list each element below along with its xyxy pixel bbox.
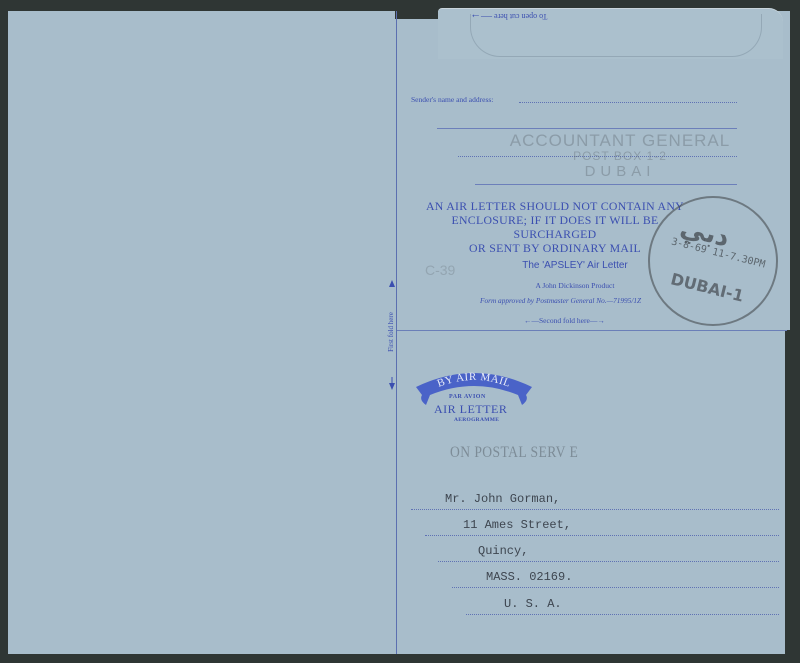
sender-label: Sender's name and address:: [411, 95, 493, 104]
air-letter-title: AIR LETTER: [434, 402, 507, 417]
postal-service-stamp: ON POSTAL SERV E: [450, 444, 578, 462]
svg-text:BY AIR MAIL: BY AIR MAIL: [436, 371, 513, 390]
banner-text: BY AIR MAIL: [424, 367, 524, 393]
address-line-5: [466, 614, 779, 615]
cut-instruction: To open cut here —→: [470, 11, 547, 23]
maker-name: A John Dickinson Product: [495, 281, 655, 290]
recipient-line-3: Quincy,: [478, 544, 528, 558]
first-fold-label: First fold here: [386, 280, 398, 390]
approval-note: Form approved by Postmaster General No.—…: [480, 296, 641, 305]
arrow-right-icon: —→: [470, 11, 492, 23]
accountant-general-stamp: ACCOUNTANT GENERAL POST BOX 1-2 DUBAI: [505, 131, 735, 180]
address-line-4: [452, 587, 779, 588]
stamp-line-1: ACCOUNTANT GENERAL: [505, 131, 735, 151]
recipient-line-4: MASS. 02169.: [486, 570, 572, 584]
aerogramme: AEROGRAMME: [454, 417, 499, 423]
recipient-line-5: U. S. A.: [504, 597, 562, 611]
arrow-left-icon: ←—: [524, 316, 539, 325]
brand-name: The 'APSLEY' Air Letter: [495, 260, 655, 271]
warning-line-1: AN AIR LETTER SHOULD NOT CONTAIN ANY: [420, 199, 690, 213]
sender-line-1: [519, 102, 737, 103]
second-fold-label: ←—Second fold here—→: [524, 316, 605, 325]
address-line-2: [425, 535, 779, 536]
address-line-3: [438, 561, 779, 562]
par-avion: PAR AVION: [449, 394, 486, 400]
cut-label-text: To open cut here: [494, 12, 547, 21]
sender-line-4: [475, 184, 737, 185]
first-fold-text: First fold here: [387, 287, 395, 377]
address-line-1: [411, 509, 779, 510]
airmail-label: BY AIR MAIL PAR AVION AIR LETTER AEROGRA…: [414, 365, 534, 425]
air-letter-sheet: [8, 11, 790, 654]
dubai-postmark: دبي 3-8-69 11-7.30PM DUBAI-1: [648, 196, 778, 326]
recipient-line-2: 11 Ames Street,: [463, 518, 571, 532]
second-fold-text: Second fold here: [539, 316, 590, 325]
sheet-edge-cut: [785, 330, 800, 660]
postmark-city: DUBAI-1: [669, 269, 746, 305]
second-fold-line: [397, 330, 787, 331]
recipient-line-1: Mr. John Gorman,: [445, 492, 560, 506]
arrow-right-icon: —→: [590, 316, 605, 325]
pencil-note: C-39: [425, 262, 455, 278]
tab-notch: [395, 11, 438, 19]
stamp-line-2: POST BOX 1-2: [505, 149, 735, 163]
warning-line-2: ENCLOSURE; IF IT DOES IT WILL BE SURCHAR…: [420, 213, 690, 241]
stamp-line-3: DUBAI: [505, 163, 735, 180]
sender-line-2: [437, 128, 737, 129]
